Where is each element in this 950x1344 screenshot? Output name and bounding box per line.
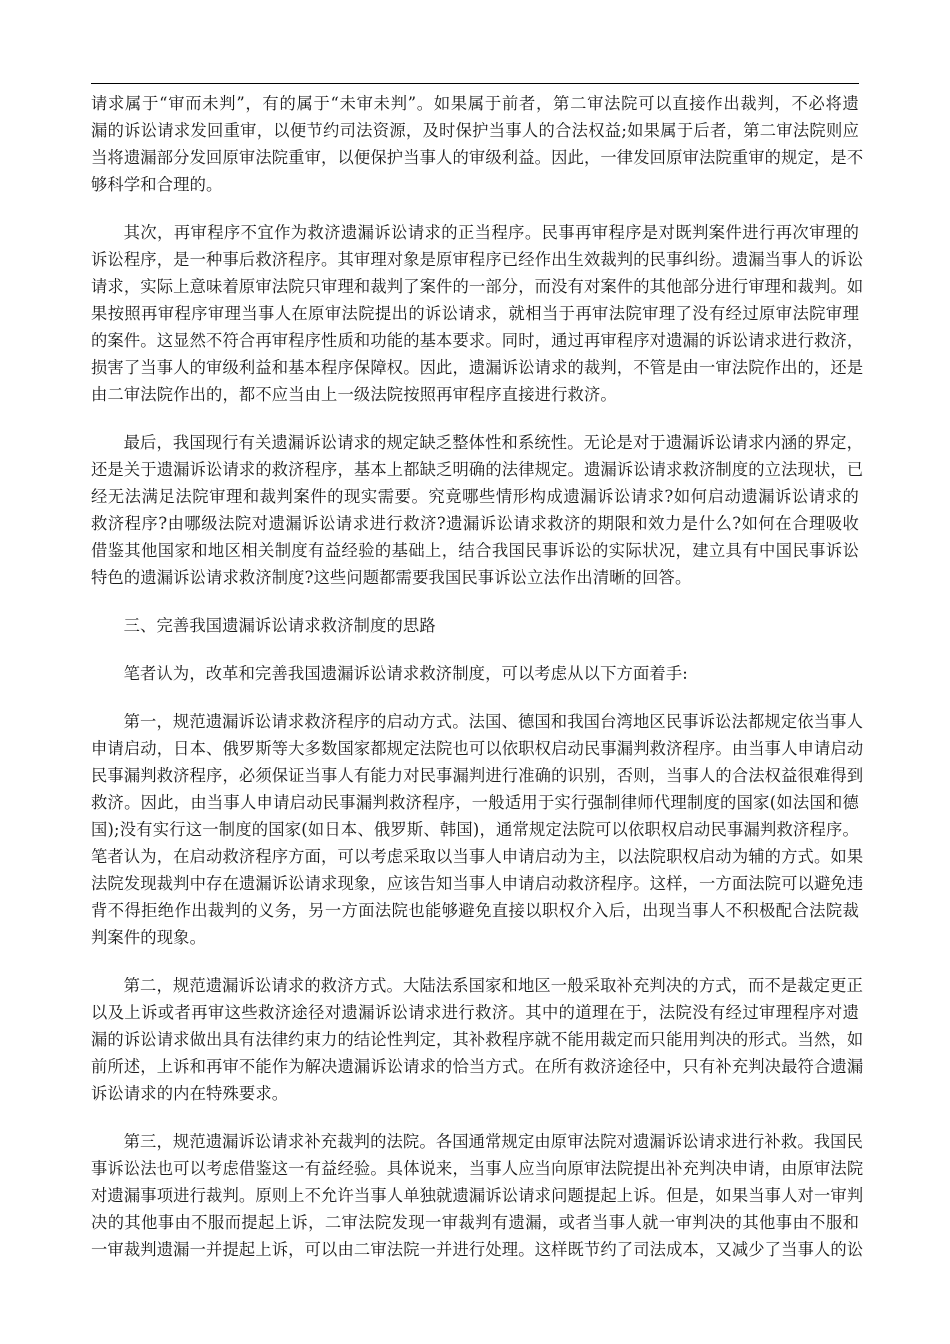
text-line: 由二审法院作出的，都不应当由上一级法院按照再审程序直接进行救济。 bbox=[91, 381, 859, 408]
text-line: 决的其他事由不服而提起上诉，二审法院发现一审裁判有遗漏，或者当事人就一审判决的其… bbox=[91, 1209, 859, 1236]
text-line: 其次，再审程序不宜作为救济遗漏诉讼请求的正当程序。民事再审程序是对既判案件进行再… bbox=[91, 219, 859, 246]
paragraph-second-point: 第二，规范遗漏诉讼请求的救济方式。大陆法系国家和地区一般采取补充判决的方式，而不… bbox=[91, 972, 859, 1107]
heading-text: 三、完善我国遗漏诉讼请求救济制度的思路 bbox=[91, 612, 859, 639]
text-line: 漏的诉讼请求发回重审，以便节约司法资源，及时保护当事人的合法权益;如果属于后者，… bbox=[91, 117, 859, 144]
text-line: 以及上诉或者再审这些救济途径对遗漏诉讼请求进行救济。其中的道理在于，法院没有经过… bbox=[91, 999, 859, 1026]
text-line: 判案件的现象。 bbox=[91, 924, 859, 951]
text-line: 笔者认为，在启动救济程序方面，可以考虑采取以当事人申请启动为主，以法院职权启动为… bbox=[91, 843, 859, 870]
text-line: 前所述，上诉和再审不能作为解决遗漏诉讼请求的恰当方式。在所有救济途径中，只有补充… bbox=[91, 1053, 859, 1080]
text-line: 损害了当事人的审级利益和基本程序保障权。因此，遗漏诉讼请求的裁判，不管是由一审法… bbox=[91, 354, 859, 381]
text-line: 背不得拒绝作出裁判的义务，另一方面法院也能够避免直接以职权介入后，出现当事人不积… bbox=[91, 897, 859, 924]
text-line: 第三，规范遗漏诉讼请求补充裁判的法院。各国通常规定由原审法院对遗漏诉讼请求进行补… bbox=[91, 1128, 859, 1155]
text-line: 笔者认为，改革和完善我国遗漏诉讼请求救济制度，可以考虑从以下方面着手: bbox=[91, 660, 859, 687]
text-line: 法院发现裁判中存在遗漏诉讼请求现象，应该告知当事人申请启动救济程序。这样，一方面… bbox=[91, 870, 859, 897]
paragraph-last-reason: 最后，我国现行有关遗漏诉讼请求的规定缺乏整体性和系统性。无论是对于遗漏诉讼请求内… bbox=[91, 429, 859, 591]
text-line: 果按照再审程序审理当事人在原审法院提出的诉讼请求，就相当于再审法院审理了没有经过… bbox=[91, 300, 859, 327]
text-line: 还是关于遗漏诉讼请求的救济程序，基本上都缺乏明确的法律规定。遗漏诉讼请求救济制度… bbox=[91, 456, 859, 483]
text-line: 漏的诉讼请求做出具有法律约束力的结论性判定，其补救程序就不能用裁定而只能用判决的… bbox=[91, 1026, 859, 1053]
text-line: 救济程序?由哪级法院对遗漏诉讼请求进行救济?遗漏诉讼请求救济的期限和效力是什么?… bbox=[91, 510, 859, 537]
text-line: 一审裁判遗漏一并提起上诉，可以由二审法院一并进行处理。这样既节约了司法成本，又减… bbox=[91, 1236, 859, 1263]
text-line: 申请启动，日本、俄罗斯等大多数国家都规定法院也可以依职权启动民事漏判救济程序。由… bbox=[91, 735, 859, 762]
text-line: 救济。因此，由当事人申请启动民事漏判救济程序，一般适用于实行强制律师代理制度的国… bbox=[91, 789, 859, 816]
paragraph-continuation: 请求属于“审而未判”，有的属于“未审未判”。如果属于前者，第二审法院可以直接作出… bbox=[91, 90, 859, 198]
header-rule bbox=[91, 83, 859, 84]
text-line: 最后，我国现行有关遗漏诉讼请求的规定缺乏整体性和系统性。无论是对于遗漏诉讼请求内… bbox=[91, 429, 859, 456]
document-body: 请求属于“审而未判”，有的属于“未审未判”。如果属于前者，第二审法院可以直接作出… bbox=[91, 90, 859, 1284]
text-line: 对遗漏事项进行裁判。原则上不允许当事人单独就遗漏诉讼请求问题提起上诉。但是，如果… bbox=[91, 1182, 859, 1209]
text-line: 当将遗漏部分发回原审法院重审，以便保护当事人的审级利益。因此，一律发回原审法院重… bbox=[91, 144, 859, 171]
text-line: 特色的遗漏诉讼请求救济制度?这些问题都需要我国民事诉讼立法作出清晰的回答。 bbox=[91, 564, 859, 591]
section-heading: 三、完善我国遗漏诉讼请求救济制度的思路 bbox=[91, 612, 859, 639]
text-line: 诉讼程序，是一种事后救济程序。其审理对象是原审程序已经作出生效裁判的民事纠纷。遗… bbox=[91, 246, 859, 273]
text-line: 国);没有实行这一制度的国家(如日本、俄罗斯、韩国)，通常规定法院可以依职权启动… bbox=[91, 816, 859, 843]
text-line: 诉讼请求的内在特殊要求。 bbox=[91, 1080, 859, 1107]
text-line: 第二，规范遗漏诉讼请求的救济方式。大陆法系国家和地区一般采取补充判决的方式，而不… bbox=[91, 972, 859, 999]
text-line: 事诉讼法也可以考虑借鉴这一有益经验。具体说来，当事人应当向原审法院提出补充判决申… bbox=[91, 1155, 859, 1182]
paragraph-third-point: 第三，规范遗漏诉讼请求补充裁判的法院。各国通常规定由原审法院对遗漏诉讼请求进行补… bbox=[91, 1128, 859, 1263]
text-line: 请求属于“审而未判”，有的属于“未审未判”。如果属于前者，第二审法院可以直接作出… bbox=[91, 90, 859, 117]
text-line: 经无法满足法院审理和裁判案件的现实需要。究竟哪些情形构成遗漏诉讼请求?如何启动遗… bbox=[91, 483, 859, 510]
text-line: 够科学和合理的。 bbox=[91, 171, 859, 198]
text-line: 的案件。这显然不符合再审程序性质和功能的基本要求。同时，通过再审程序对遗漏的诉讼… bbox=[91, 327, 859, 354]
text-line: 民事漏判救济程序，必须保证当事人有能力对民事漏判进行准确的识别，否则，当事人的合… bbox=[91, 762, 859, 789]
text-line: 请求，实际上意味着原审法院只审理和裁判了案件的一部分，而没有对案件的其他部分进行… bbox=[91, 273, 859, 300]
paragraph-author-view: 笔者认为，改革和完善我国遗漏诉讼请求救济制度，可以考虑从以下方面着手: bbox=[91, 660, 859, 687]
text-line: 借鉴其他国家和地区相关制度有益经验的基础上，结合我国民事诉讼的实际状况，建立具有… bbox=[91, 537, 859, 564]
paragraph-second-reason: 其次，再审程序不宜作为救济遗漏诉讼请求的正当程序。民事再审程序是对既判案件进行再… bbox=[91, 219, 859, 408]
text-line: 第一，规范遗漏诉讼请求救济程序的启动方式。法国、德国和我国台湾地区民事诉讼法都规… bbox=[91, 708, 859, 735]
paragraph-first-point: 第一，规范遗漏诉讼请求救济程序的启动方式。法国、德国和我国台湾地区民事诉讼法都规… bbox=[91, 708, 859, 951]
